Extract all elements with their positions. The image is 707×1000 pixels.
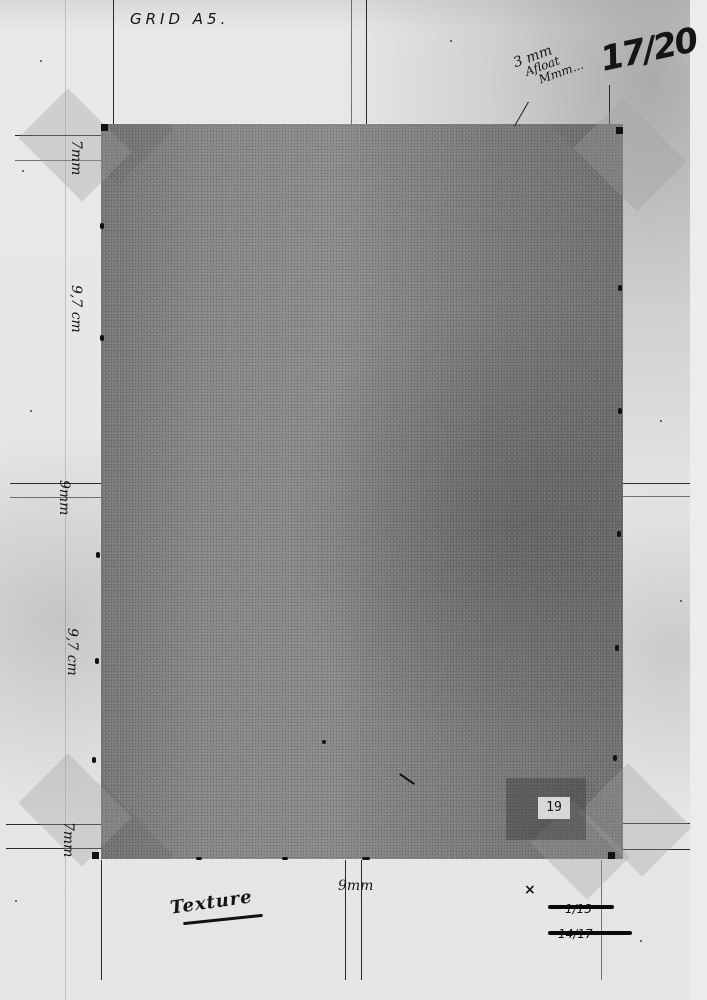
dust-speck: [680, 600, 682, 602]
x-mark: ×: [524, 882, 536, 898]
edge-dot: [322, 740, 326, 744]
dust-speck: [660, 420, 662, 422]
texture-label: Texture: [169, 886, 254, 918]
edge-dot: [196, 857, 202, 860]
dust-speck: [30, 410, 32, 412]
edge-dot: [362, 857, 370, 860]
scanned-page: 19 GRID A5. 17/20 3 mm Afloat Mmm... 7mm…: [0, 0, 707, 1000]
bleed-leader-line: [514, 102, 529, 127]
grid-line: [623, 483, 690, 484]
corner-mark: [608, 852, 615, 859]
bleed-note: 3 mm Afloat Mmm...: [512, 36, 585, 92]
edge-dot: [618, 408, 622, 414]
edge-dot: [95, 658, 99, 664]
dust-speck: [15, 900, 17, 902]
edge-dot: [92, 757, 96, 763]
margin-label-top: 7mm: [68, 140, 84, 175]
bottom-gutter-label: 9mm: [338, 878, 373, 894]
dust-speck: [640, 940, 642, 942]
dust-speck: [40, 60, 42, 62]
grid-line: [366, 0, 367, 125]
grid-title-note: GRID A5.: [130, 10, 229, 28]
grid-line: [623, 496, 690, 497]
edge-dot: [617, 531, 621, 537]
strike-line: [548, 905, 614, 909]
margin-label-lower-height: 9,7 cm: [64, 628, 80, 676]
edge-dot: [96, 552, 100, 558]
corner-mark: [101, 124, 108, 131]
scanner-edge: [690, 0, 707, 1000]
strike-line: [548, 931, 632, 935]
texture-underline: [183, 914, 263, 925]
margin-label-upper-height: 9,7 cm: [68, 285, 84, 333]
dust-speck: [450, 40, 452, 42]
grid-line: [113, 0, 114, 125]
corner-mark: [92, 852, 99, 859]
edge-dot: [282, 857, 288, 860]
margin-label-gutter: 9mm: [56, 480, 72, 515]
edge-dot: [618, 285, 622, 291]
edge-dot: [613, 755, 617, 761]
dust-speck: [22, 170, 24, 172]
grid-line: [101, 860, 102, 980]
corner-mark: [616, 127, 623, 134]
edge-dot: [100, 223, 104, 229]
page-number-label: 19: [538, 797, 570, 819]
grid-line: [351, 0, 352, 125]
edge-dot: [100, 335, 104, 341]
margin-label-bottom: 7mm: [60, 822, 76, 857]
photo-area: [101, 124, 623, 859]
sheet-number: 17/20: [597, 20, 700, 79]
edge-dot: [615, 645, 619, 651]
